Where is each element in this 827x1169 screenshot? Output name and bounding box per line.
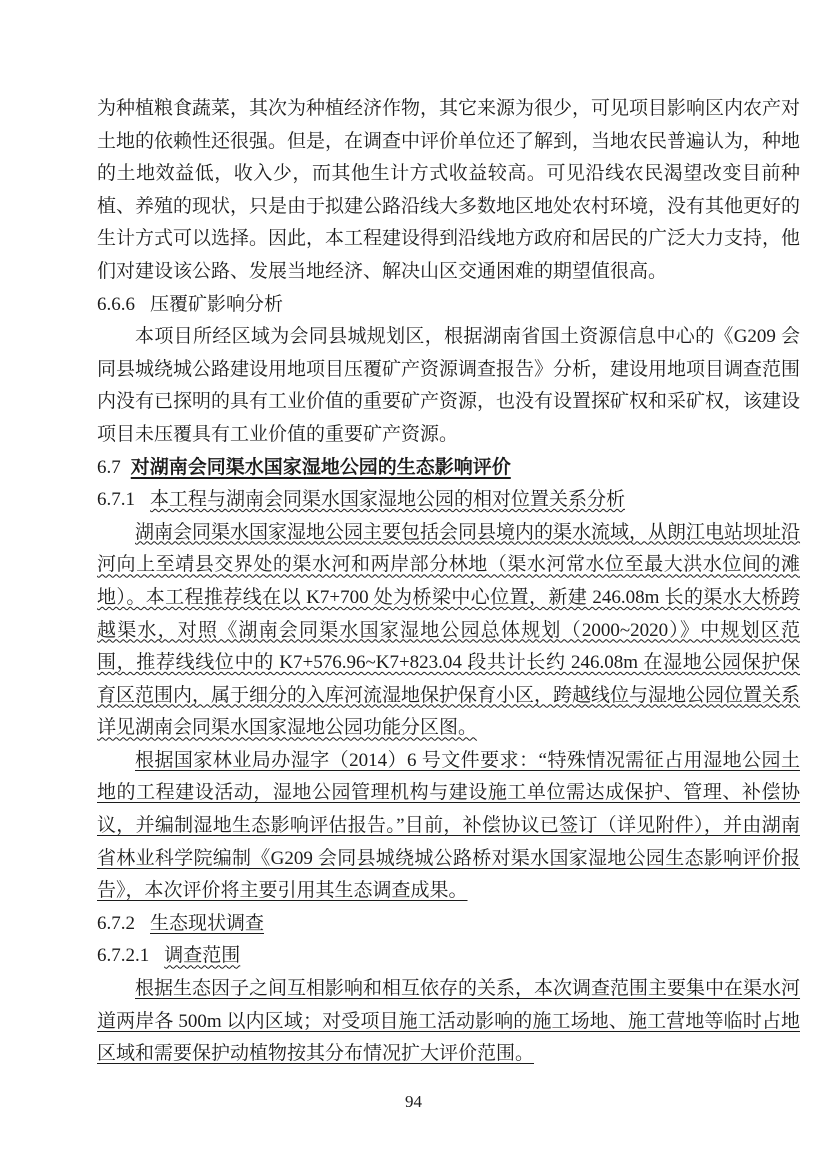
section-number: 6.7.2 [97, 913, 135, 934]
section-title: 生态现状调查 [150, 913, 264, 934]
section-heading-6-6-6: 6.6.6压覆矿影响分析 [97, 289, 800, 322]
section-number: 6.7.1 [97, 489, 135, 510]
section-heading-6-7-1: 6.7.1本工程与湖南会同渠水国家湿地公园的相对位置关系分析 [97, 484, 800, 517]
section-title: 对湖南会同渠水国家湿地公园的生态影响评价 [131, 457, 511, 478]
paragraph-wetland-position: 湖南会同渠水国家湿地公园主要包括会同县境内的渠水流域，从朗江电站坝址沿河向上至靖… [97, 517, 800, 745]
paragraph-forestry-requirement: 根据国家林业局办湿字（2014）6 号文件要求：“特殊情况需征占用湿地公园土地的… [97, 745, 800, 908]
page-number: 94 [0, 1092, 827, 1112]
section-number: 6.7.2.1 [97, 945, 149, 966]
section-number: 6.6.6 [97, 294, 135, 315]
document-page: 为种植粮食蔬菜，其次为种植经济作物，其它来源为很少，可见项目影响区内农产对土地的… [0, 0, 827, 1169]
section-heading-6-7: 6.7对湖南会同渠水国家湿地公园的生态影响评价 [97, 452, 800, 485]
section-title: 压覆矿影响分析 [150, 294, 283, 315]
section-number: 6.7 [97, 457, 121, 478]
section-title: 本工程与湖南会同渠水国家湿地公园的相对位置关系分析 [150, 489, 625, 510]
paragraph-continuation: 为种植粮食蔬菜，其次为种植经济作物，其它来源为很少，可见项目影响区内农产对土地的… [97, 93, 800, 289]
paragraph-survey-scope: 根据生态因子之间互相影响和相互依存的关系，本次调查范围主要集中在渠水河道两岸各 … [97, 973, 800, 1071]
section-heading-6-7-2-1: 6.7.2.1调查范围 [97, 940, 800, 973]
page-body: 为种植粮食蔬菜，其次为种植经济作物，其它来源为很少，可见项目影响区内农产对土地的… [97, 93, 800, 1071]
section-heading-6-7-2: 6.7.2生态现状调查 [97, 908, 800, 941]
paragraph-mineral-analysis: 本项目所经区域为会同县城规划区，根据湖南省国土资源信息中心的《G209 会同县城… [97, 321, 800, 451]
section-title: 调查范围 [164, 945, 240, 966]
